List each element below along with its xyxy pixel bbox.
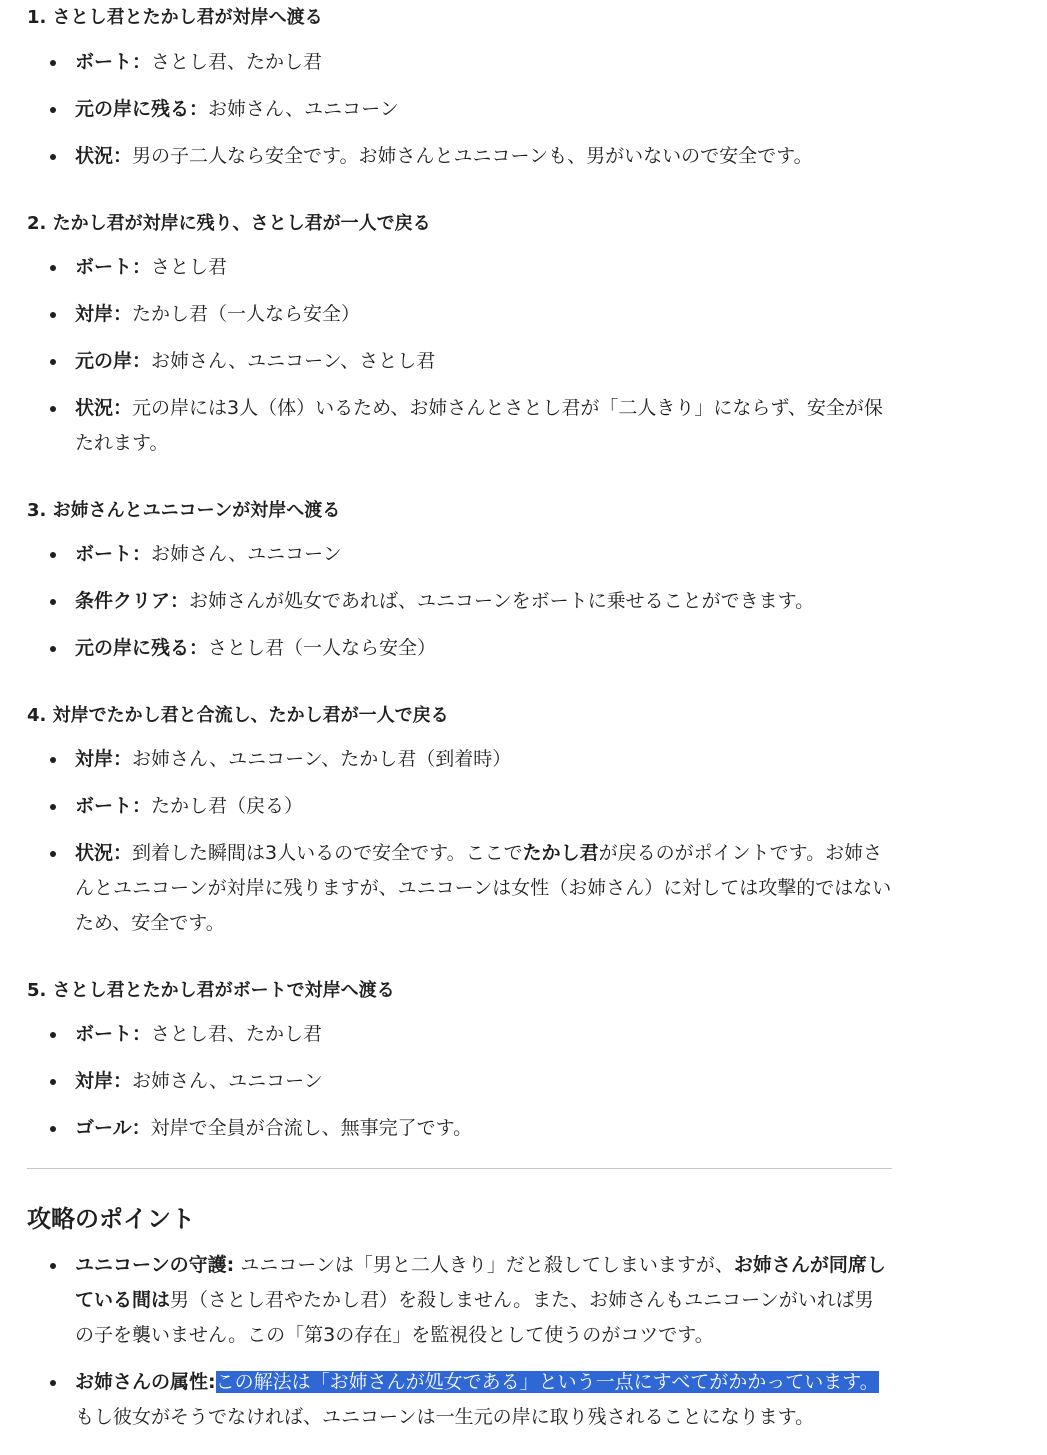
section-divider: [27, 1168, 892, 1169]
item-label: 対岸：: [75, 1070, 132, 1092]
list-item: ユニコーンの守護: ユニコーンは「男と二人きり」だと殺してしまいますが、お姉さん…: [27, 1248, 892, 1353]
list-item: 対岸：たかし君（一人なら安全）: [27, 297, 892, 332]
list-item: お姉さんの属性:この解法は「お姉さんが処女である」という一点にすべてがかかってい…: [27, 1365, 892, 1435]
list-item: ボート：さとし君、たかし君: [27, 45, 892, 80]
list-item: 状況：元の岸には3人（体）いるため、お姉さんとさとし君が「二人きり」にならず、安…: [27, 391, 892, 461]
list-item: ボート：さとし君、たかし君: [27, 1017, 892, 1052]
step-4-list: 対岸：お姉さん、ユニコーン、たかし君（到着時） ボート：たかし君（戻る） 状況：…: [27, 742, 892, 941]
list-item: 対岸：お姉さん、ユニコーン、たかし君（到着時）: [27, 742, 892, 777]
item-text: さとし君: [151, 256, 227, 278]
list-item: ゴール：対岸で全員が合流し、無事完了です。: [27, 1111, 892, 1146]
step-3-title: 3. お姉さんとユニコーンが対岸へ渡る: [27, 497, 340, 525]
item-label: 状況：: [75, 842, 132, 864]
item-label: 条件クリア：: [75, 590, 189, 612]
item-text: もし彼女がそうでなければ、ユニコーンは一生元の岸に取り残されることになります。: [75, 1406, 814, 1428]
item-text: さとし君（一人なら安全）: [208, 637, 436, 659]
list-item: ボート：お姉さん、ユニコーン: [27, 537, 892, 572]
item-text: 男（さとし君やたかし君）を殺しません。また、お姉さんもユニコーンがいれば男の子を…: [75, 1289, 874, 1346]
list-item: 条件クリア：お姉さんが処女であれば、ユニコーンをボートに乗せることができます。: [27, 584, 892, 619]
list-item: 状況：到着した瞬間は3人いるので安全です。ここでたかし君が戻るのがポイントです。…: [27, 836, 892, 941]
item-label: 元の岸：: [75, 350, 151, 372]
item-label: 対岸：: [75, 303, 132, 325]
item-label: お姉さんの属性:: [75, 1371, 216, 1393]
item-text: 対岸で全員が合流し、無事完了です。: [151, 1117, 472, 1139]
item-label: ボート：: [75, 51, 151, 73]
item-text: お姉さん、ユニコーン、さとし君: [151, 350, 435, 372]
item-bold-text: たかし君: [523, 842, 599, 864]
item-label: 状況：: [75, 145, 132, 167]
item-text: 元の岸には3人（体）いるため、お姉さんとさとし君が「二人きり」にならず、安全が保…: [75, 397, 883, 454]
item-text: お姉さん、ユニコーン: [151, 543, 342, 565]
step-5-title: 5. さとし君とたかし君がボートで対岸へ渡る: [27, 977, 395, 1005]
list-item: 元の岸に残る：さとし君（一人なら安全）: [27, 631, 892, 666]
list-item: 元の岸に残る：お姉さん、ユニコーン: [27, 92, 892, 127]
item-text: お姉さん、ユニコーン: [132, 1070, 323, 1092]
points-list: ユニコーンの守護: ユニコーンは「男と二人きり」だと殺してしまいますが、お姉さん…: [27, 1248, 892, 1435]
item-text: さとし君、たかし君: [151, 51, 322, 73]
item-text: たかし君（戻る）: [151, 795, 303, 817]
item-text: お姉さん、ユニコーン、たかし君（到着時）: [132, 748, 511, 770]
selected-text-highlight[interactable]: この解法は「お姉さんが処女である」という一点にすべてがかかっています。: [216, 1371, 879, 1393]
step-2-list: ボート：さとし君 対岸：たかし君（一人なら安全） 元の岸：お姉さん、ユニコーン、…: [27, 250, 892, 461]
item-text: さとし君、たかし君: [151, 1023, 322, 1045]
step-1-title: 1. さとし君とたかし君が対岸へ渡る: [27, 4, 323, 32]
list-item: ボート：たかし君（戻る）: [27, 789, 892, 824]
list-item: 状況：男の子二人なら安全です。お姉さんとユニコーンも、男がいないので安全です。: [27, 139, 892, 174]
item-label: 状況：: [75, 397, 132, 419]
item-text: ユニコーンは「男と二人きり」だと殺してしまいますが、: [234, 1254, 734, 1276]
step-5-list: ボート：さとし君、たかし君 対岸：お姉さん、ユニコーン ゴール：対岸で全員が合流…: [27, 1017, 892, 1146]
list-item: 元の岸：お姉さん、ユニコーン、さとし君: [27, 344, 892, 379]
item-label: ゴール：: [75, 1117, 151, 1139]
item-label: ボート：: [75, 256, 151, 278]
item-text: 男の子二人なら安全です。お姉さんとユニコーンも、男がいないので安全です。: [132, 145, 813, 167]
points-section-title: 攻略のポイント: [27, 1202, 195, 1236]
item-text: 到着した瞬間は3人いるので安全です。ここで: [132, 842, 523, 864]
item-label: 元の岸に残る：: [75, 637, 208, 659]
step-1-list: ボート：さとし君、たかし君 元の岸に残る：お姉さん、ユニコーン 状況：男の子二人…: [27, 45, 892, 174]
item-label: ボート：: [75, 1023, 151, 1045]
list-item: ボート：さとし君: [27, 250, 892, 285]
item-text: お姉さん、ユニコーン: [208, 98, 399, 120]
item-label: ユニコーンの守護:: [75, 1254, 234, 1276]
item-label: ボート：: [75, 795, 151, 817]
item-text: お姉さんが処女であれば、ユニコーンをボートに乗せることができます。: [189, 590, 814, 612]
step-4-title: 4. 対岸でたかし君と合流し、たかし君が一人で戻る: [27, 702, 449, 730]
step-3-list: ボート：お姉さん、ユニコーン 条件クリア：お姉さんが処女であれば、ユニコーンをボ…: [27, 537, 892, 666]
item-label: 元の岸に残る：: [75, 98, 208, 120]
step-2-title: 2. たかし君が対岸に残り、さとし君が一人で戻る: [27, 210, 431, 238]
item-label: ボート：: [75, 543, 151, 565]
list-item: 対岸：お姉さん、ユニコーン: [27, 1064, 892, 1099]
item-label: 対岸：: [75, 748, 132, 770]
item-text: たかし君（一人なら安全）: [132, 303, 360, 325]
